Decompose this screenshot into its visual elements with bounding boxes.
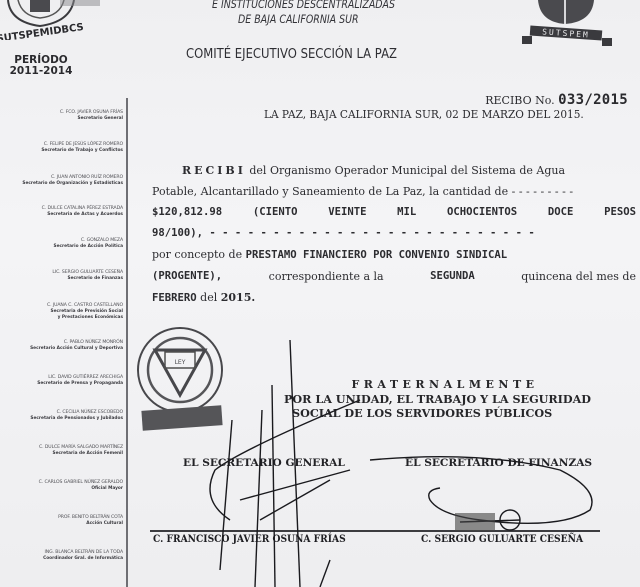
amount-word: PESOS: [604, 202, 636, 223]
directory-entry-role: Oficial Mayor: [0, 486, 123, 492]
svg-text:LEY: LEY: [175, 359, 186, 366]
directory-entry: C. PABLO NÚÑEZ MONRÓNSecretario Acción C…: [0, 340, 123, 352]
signature-line: [150, 530, 600, 532]
directory-entry: C. FCO. JAVIER OSUNA FRÍASSecretario Gen…: [0, 110, 123, 122]
directory-entry-role: Secretario de Trabajo y Conflictos: [0, 148, 123, 154]
svg-text:SUTSPEMIDBCS: SUTSPEMIDBCS: [0, 22, 84, 40]
svg-text:SUTSPEM: SUTSPEM: [542, 27, 590, 39]
period-label: PERÍODO 2011-2014: [8, 55, 74, 77]
directory-entry-role: Acción Cultural: [0, 521, 123, 527]
directory-entry-role: Secretario de Organización y Estadística…: [0, 181, 123, 187]
amount-word: OCHOCIENTOS: [447, 202, 517, 223]
directory-entry: LIC. SERGIO GULUARTE CESEÑASecretario de…: [0, 270, 123, 282]
amount-word: DOCE: [548, 202, 574, 223]
directory-entry-role: Secretario de Acción Política: [0, 244, 123, 250]
sidebar-directory: SUTSPEMIDBCS PERÍODO 2011-2014 C. FCO. J…: [0, 0, 128, 587]
directory-entry-role: Secretario General: [0, 116, 123, 122]
motto-line-2: SOCIAL DE LOS SERVIDORES PÚBLICOS: [240, 406, 600, 420]
directory-entry: C. CECILIA NÚÑEZ ESCOBEDOSecretaria de P…: [0, 410, 123, 422]
header-line-1: E INSTITUCIONES DESCENTRALIZADAS: [212, 0, 395, 11]
salutation: FRATERNALMENTE: [240, 378, 600, 391]
program-name: (PROGENTE),: [152, 266, 222, 287]
signature-name-general: C. FRANCISCO JAVIER OSUNA FRÍAS: [153, 533, 346, 545]
directory-entry-role: Secretario de Finanzas: [0, 276, 123, 282]
directory-entry-role-cont: y Prestaciones Económicas: [0, 315, 123, 321]
amount-word: (CIENTO: [253, 202, 298, 223]
committee-title: COMITÉ EJECUTIVO SECCIÓN LA PAZ: [186, 46, 397, 62]
fortnight: SEGUNDA: [430, 266, 475, 287]
union-logo-right-icon: SUTSPEM: [510, 0, 620, 48]
directory-entry-role: Secretario de Prensa y Propaganda: [0, 381, 123, 387]
union-logo-left-icon: SUTSPEMIDBCS: [0, 0, 100, 40]
directory-entry-role: Coordinador Gral. de Informática: [0, 556, 123, 562]
directory-entry: C. CARLOS GABRIEL NÚÑEZ GERALDOOficial M…: [0, 480, 123, 492]
directory-entry-role: Secretaria de Pensionados y Jubilados: [0, 416, 123, 422]
signature-title-finance: EL SECRETARIO DE FINANZAS: [405, 457, 592, 469]
receipt-number: RECIBO No. 033/2015: [485, 92, 628, 108]
scanned-receipt-page: SUTSPEMIDBCS PERÍODO 2011-2014 C. FCO. J…: [0, 0, 640, 587]
amount-cents: 98/100),: [152, 227, 203, 239]
directory-entry: C. GONZALO MEZASecretario de Acción Polí…: [0, 238, 123, 250]
directory-entry: ING. BLANCA BELTRÁN DE LA TODACoordinado…: [0, 550, 123, 562]
amount-line: $120,812.98 (CIENTOVEINTEMILOCHOCIENTOSD…: [152, 202, 636, 223]
signature-title-general: EL SECRETARIO GENERAL: [183, 457, 345, 469]
header-line-2: DE BAJA CALIFORNIA SUR: [238, 12, 359, 26]
loan-concept: PRESTAMO FINANCIERO POR CONVENIO SINDICA…: [246, 249, 508, 261]
directory-entry: LIC. DAVID GUTIÉRREZ ARECHIGASecretario …: [0, 375, 123, 387]
month: FEBRERO: [152, 292, 197, 304]
amount-word: MIL: [397, 202, 416, 223]
amount-word: VEINTE: [328, 202, 366, 223]
directory-entry: C. JUANA C. CASTRO CASTELLANOSecretaria …: [0, 303, 123, 320]
directory-entry: PROF. BENITO BELTRÁN COTAAcción Cultural: [0, 515, 123, 527]
signature-name-finance: C. SERGIO GULUARTE CESEÑA: [421, 533, 583, 545]
motto-line-1: POR LA UNIDAD, EL TRABAJO Y LA SEGURIDAD: [240, 392, 600, 406]
directory-entry: C. DULCE CATALINA PÉREZ ESTRADASecretari…: [0, 206, 123, 218]
directory-entry-role: Secretario Acción Cultural y Deportiva: [0, 346, 123, 352]
union-stamp-icon: LEY: [138, 328, 223, 431]
year: 2015.: [221, 291, 255, 304]
receipt-body: RECIBI del Organismo Operador Municipal …: [152, 160, 636, 309]
sidebar-divider: [126, 98, 128, 587]
directory-entry: C. JUAN ANTONIO RUÍZ ROMEROSecretario de…: [0, 175, 123, 187]
directory-entry: C. FELIPE DE JESÚS LÓPEZ ROMEROSecretari…: [0, 142, 123, 154]
closing-block: FRATERNALMENTE POR LA UNIDAD, EL TRABAJO…: [240, 378, 600, 420]
directory-entry-role: Secretaria de Actas y Acuerdos: [0, 212, 123, 218]
received-word: RECIBI: [182, 164, 246, 177]
place-date: LA PAZ, BAJA CALIFORNIA SUR, 02 DE MARZO…: [264, 108, 584, 121]
amount-value: $120,812.98: [152, 202, 222, 223]
directory-entry-role: Secretaria de Acción Femenil: [0, 451, 123, 457]
directory-entry: C. DULCE MARÍA SALGADO MARTÍNEZSecretari…: [0, 445, 123, 457]
